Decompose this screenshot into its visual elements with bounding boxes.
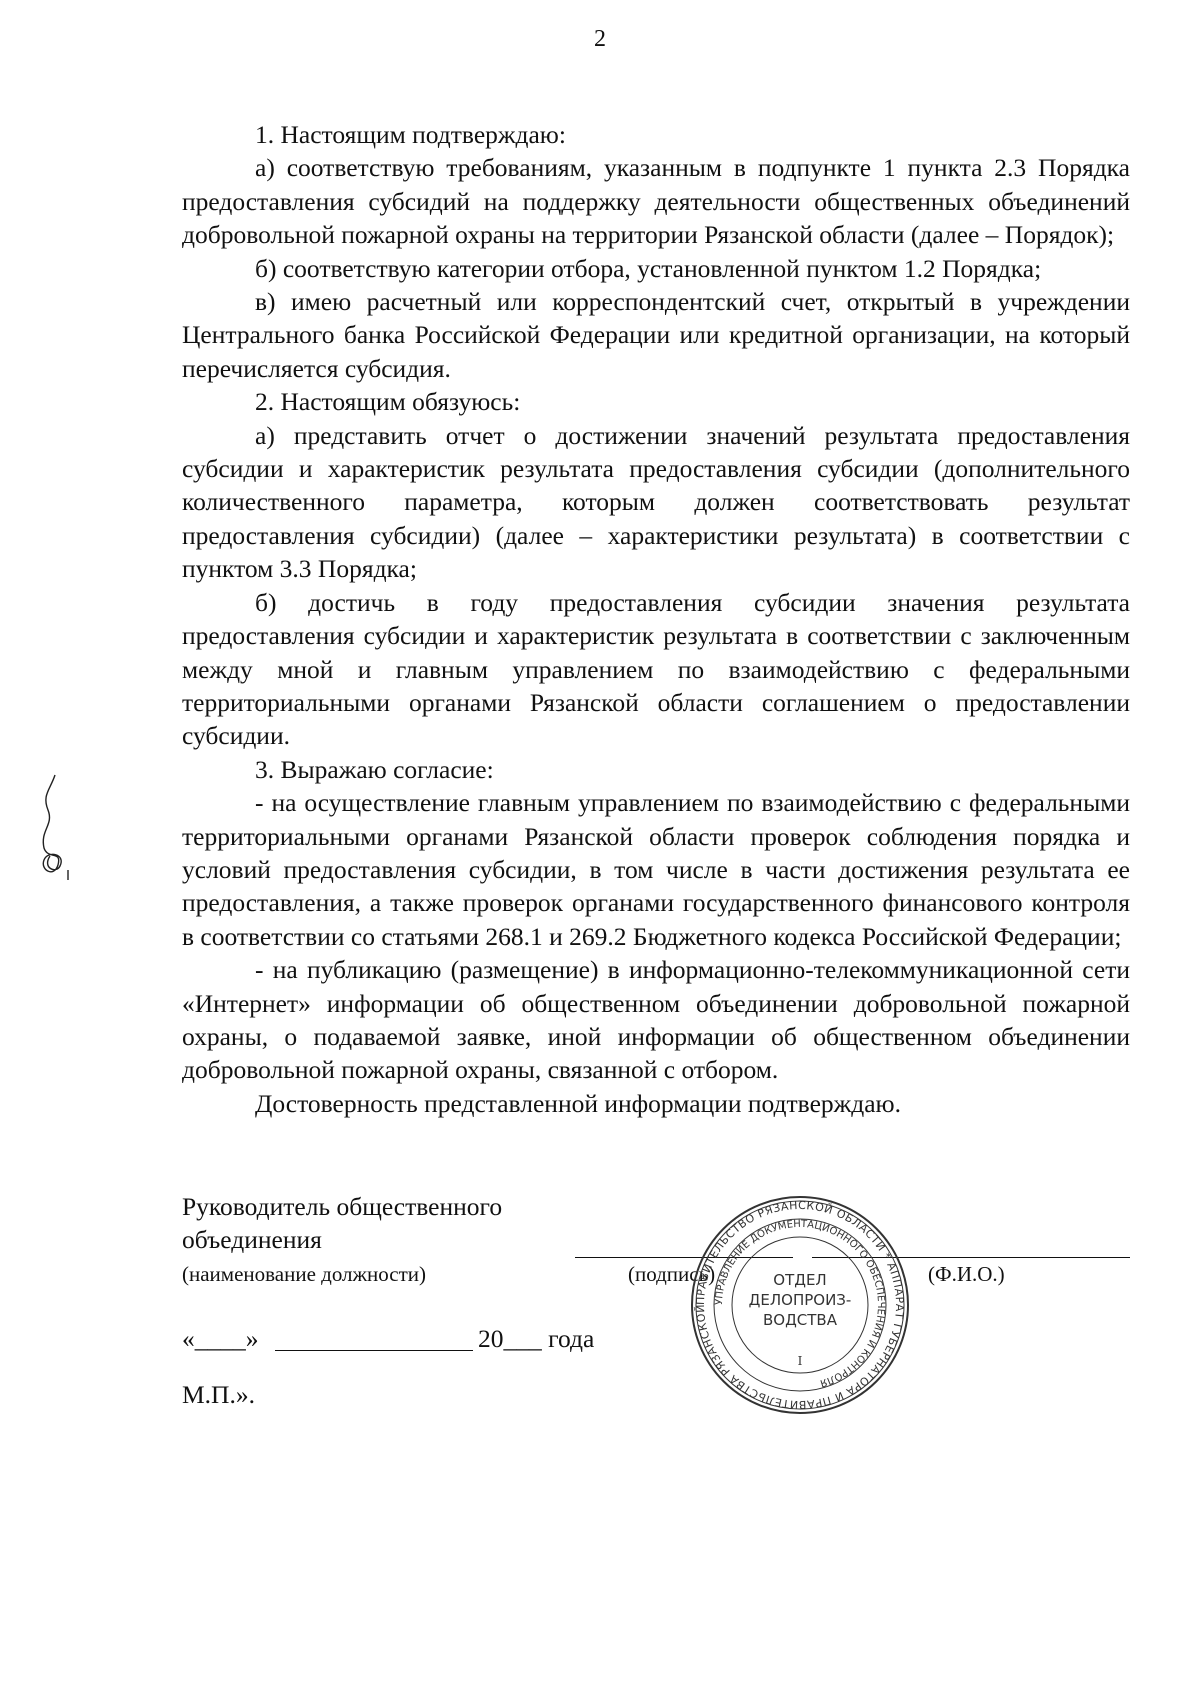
official-stamp-icon: ПРАВИТЕЛЬСТВО РЯЗАНСКОЙ ОБЛАСТИ * АППАРА… xyxy=(690,1195,910,1415)
stamp-number: I xyxy=(798,1354,803,1368)
paragraph-1c: в) имею расчетный или корреспондентский … xyxy=(182,285,1130,385)
paragraph-3-dash2: - на публикацию (размещение) в информаци… xyxy=(182,953,1130,1087)
stamp-center-line2: ДЕЛОПРОИЗ- xyxy=(749,1291,852,1309)
position-title-line2: объединения xyxy=(182,1223,322,1256)
paragraph-1b: б) соответствую категории отбора, устано… xyxy=(182,252,1130,285)
stamp-center-line3: ВОДСТВА xyxy=(763,1311,838,1329)
name-caption: (Ф.И.О.) xyxy=(928,1258,1005,1291)
page-number: 2 xyxy=(0,26,1200,53)
position-caption: (наименование должности) xyxy=(182,1258,426,1291)
paragraph-3-dash1: - на осуществление главным управлением п… xyxy=(182,786,1130,953)
paragraph-3: 3. Выражаю согласие: xyxy=(182,753,1130,786)
date-day: «____» xyxy=(182,1322,259,1355)
paragraph-2a: а) представить отчет о достижении значен… xyxy=(182,419,1130,586)
paragraph-2: 2. Настоящим обязуюсь: xyxy=(182,385,1130,418)
position-title-line1: Руководитель общественного xyxy=(182,1190,502,1223)
margin-scribble-icon xyxy=(22,770,72,880)
stamp-center-line1: ОТДЕЛ xyxy=(773,1271,826,1289)
paragraph-1a: а) соответствую требованиям, указанным в… xyxy=(182,151,1130,251)
paragraph-2b: б) достичь в году предоставления субсиди… xyxy=(182,586,1130,753)
paragraph-1: 1. Настоящим подтверждаю: xyxy=(182,118,1130,151)
seal-mark: М.П.». xyxy=(182,1378,255,1411)
date-year: 20___ года xyxy=(478,1322,594,1355)
paragraph-confirmation: Достоверность представленной информации … xyxy=(182,1087,1130,1120)
date-month-line xyxy=(275,1350,473,1351)
document-body: 1. Настоящим подтверждаю: а) соответству… xyxy=(182,118,1130,1120)
